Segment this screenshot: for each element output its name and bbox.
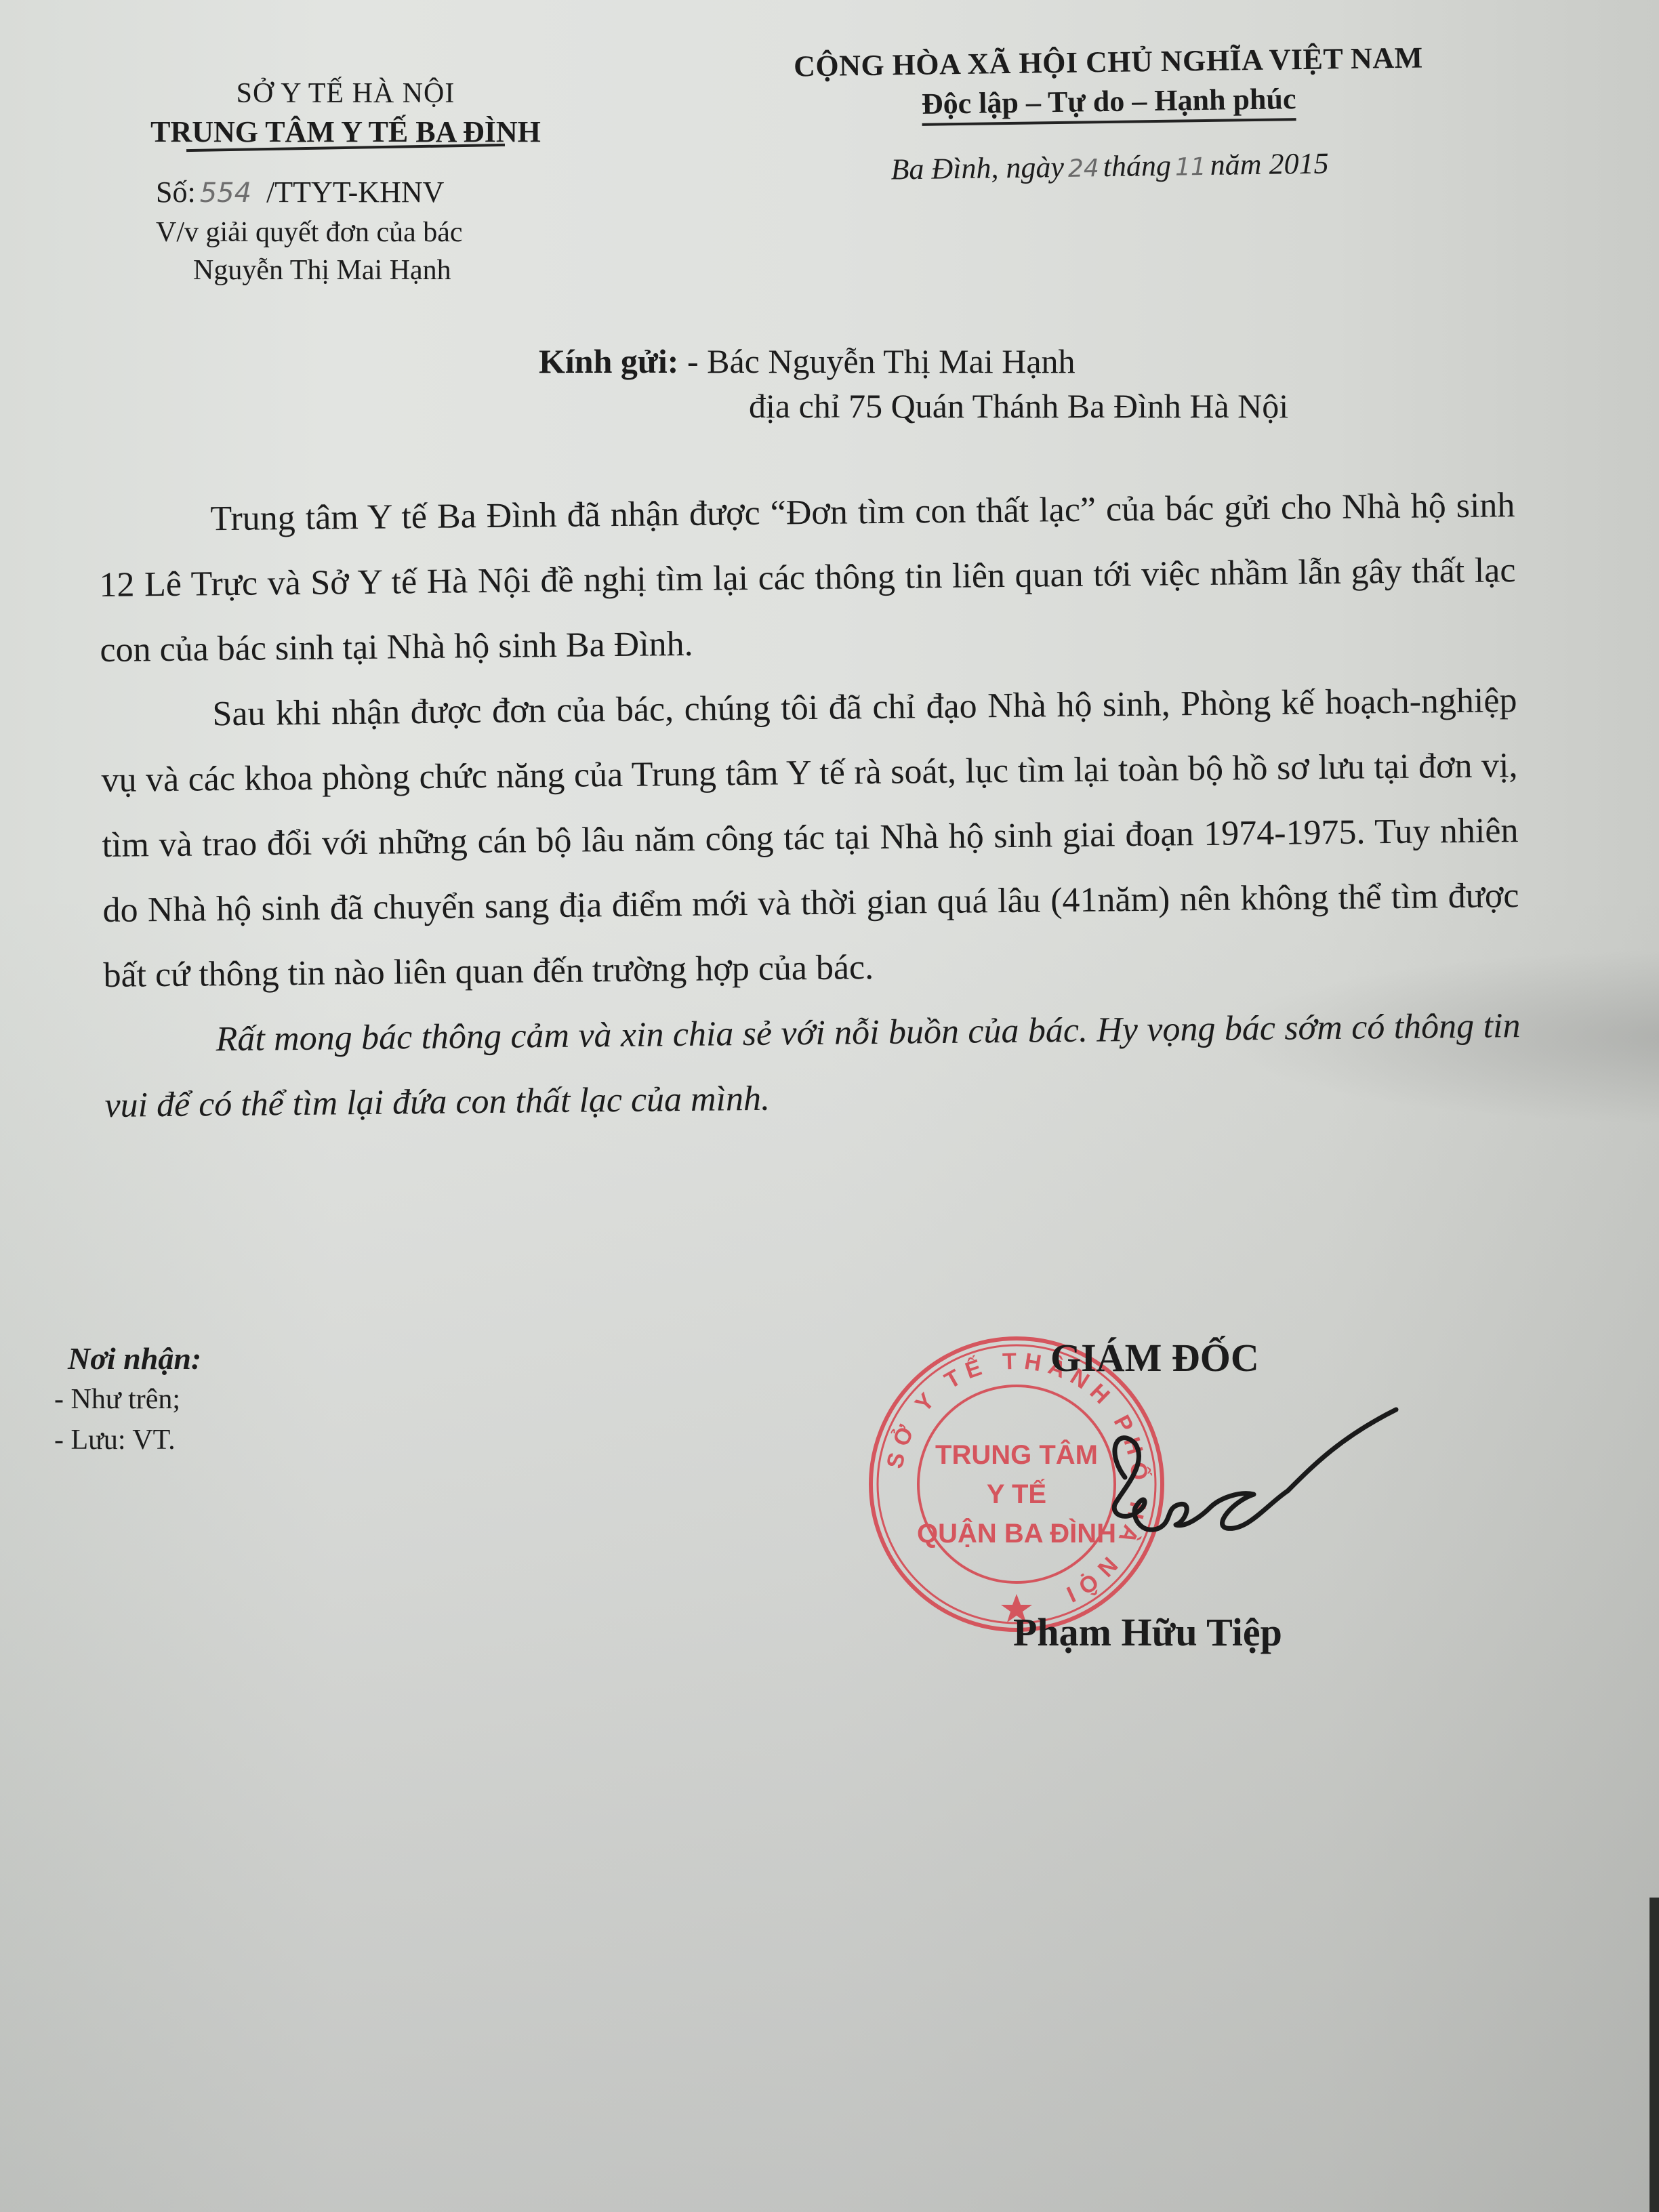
document-number: Số:554/TTYT-KHNV	[102, 172, 590, 213]
document-number-handwritten: 554	[200, 178, 251, 209]
body-paragraph-1: Trung tâm Y tế Ba Đình đã nhận được “Đơn…	[98, 473, 1517, 683]
letter-body: Trung tâm Y tế Ba Đình đã nhận được “Đơn…	[98, 473, 1521, 1139]
issuer-agency: SỞ Y TẾ HÀ NỘI	[102, 75, 590, 112]
document-number-label: Số:	[156, 176, 196, 209]
signatory-name: Phạm Hữu Tiệp	[1013, 1610, 1282, 1655]
national-header: CỘNG HÒA XÃ HỘI CHỦ NGHĨA VIỆT NAM Độc l…	[718, 37, 1500, 194]
recipients-list-title: Nơi nhận:	[54, 1338, 201, 1379]
date-prefix: Ba Đình, ngày	[890, 150, 1064, 186]
signatory-title: GIÁM ĐỐC	[1050, 1335, 1259, 1380]
recipient-address: địa chỉ 75 Quán Thánh Ba Đình Hà Nội	[539, 384, 1288, 428]
paper-edge-shadow	[1650, 1898, 1659, 2212]
recipients-list-item: - Lưu: VT.	[54, 1420, 201, 1460]
signature-block: SỞ Y TẾ THÀNH PHỐ HÀ NỘI TRUNG TÂM Y TẾ …	[861, 1328, 1471, 1681]
date-day-handwritten: 24	[1068, 155, 1099, 183]
issuer-header: SỞ Y TẾ HÀ NỘI TRUNG TÂM Y TẾ BA ĐÌNH Số…	[102, 75, 590, 289]
body-paragraph-2: Sau khi nhận được đơn của bác, chúng tôi…	[100, 668, 1520, 1008]
national-motto: Độc lập – Tự do – Hạnh phúc	[922, 80, 1296, 126]
body-paragraph-closing: Rất mong bác thông cảm và xin chia sẻ vớ…	[104, 994, 1521, 1139]
recipients-list: Nơi nhận: - Như trên; - Lưu: VT.	[54, 1338, 201, 1460]
handwritten-signature-icon	[1084, 1389, 1437, 1559]
recipients-list-item: - Như trên;	[54, 1379, 201, 1420]
recipient-block: Kính gửi: - Bác Nguyễn Thị Mai Hạnh địa …	[539, 339, 1288, 428]
stamp-center-line-2: Y TẾ	[987, 1478, 1046, 1509]
date-month-handwritten: 11	[1175, 153, 1206, 182]
recipient-name: - Bác Nguyễn Thị Mai Hạnh	[687, 342, 1076, 380]
subject-line-2: Nguyễn Thị Mai Hạnh	[102, 251, 590, 289]
stamp-center-line-1: TRUNG TÂM	[935, 1439, 1098, 1470]
date-year: năm 2015	[1210, 146, 1328, 181]
subject-line-1: V/v giải quyết đơn của bác	[102, 213, 590, 251]
recipient-label: Kính gửi:	[539, 342, 678, 380]
document-number-suffix: /TTYT-KHNV	[266, 176, 444, 209]
date-month-label: tháng	[1103, 149, 1171, 183]
